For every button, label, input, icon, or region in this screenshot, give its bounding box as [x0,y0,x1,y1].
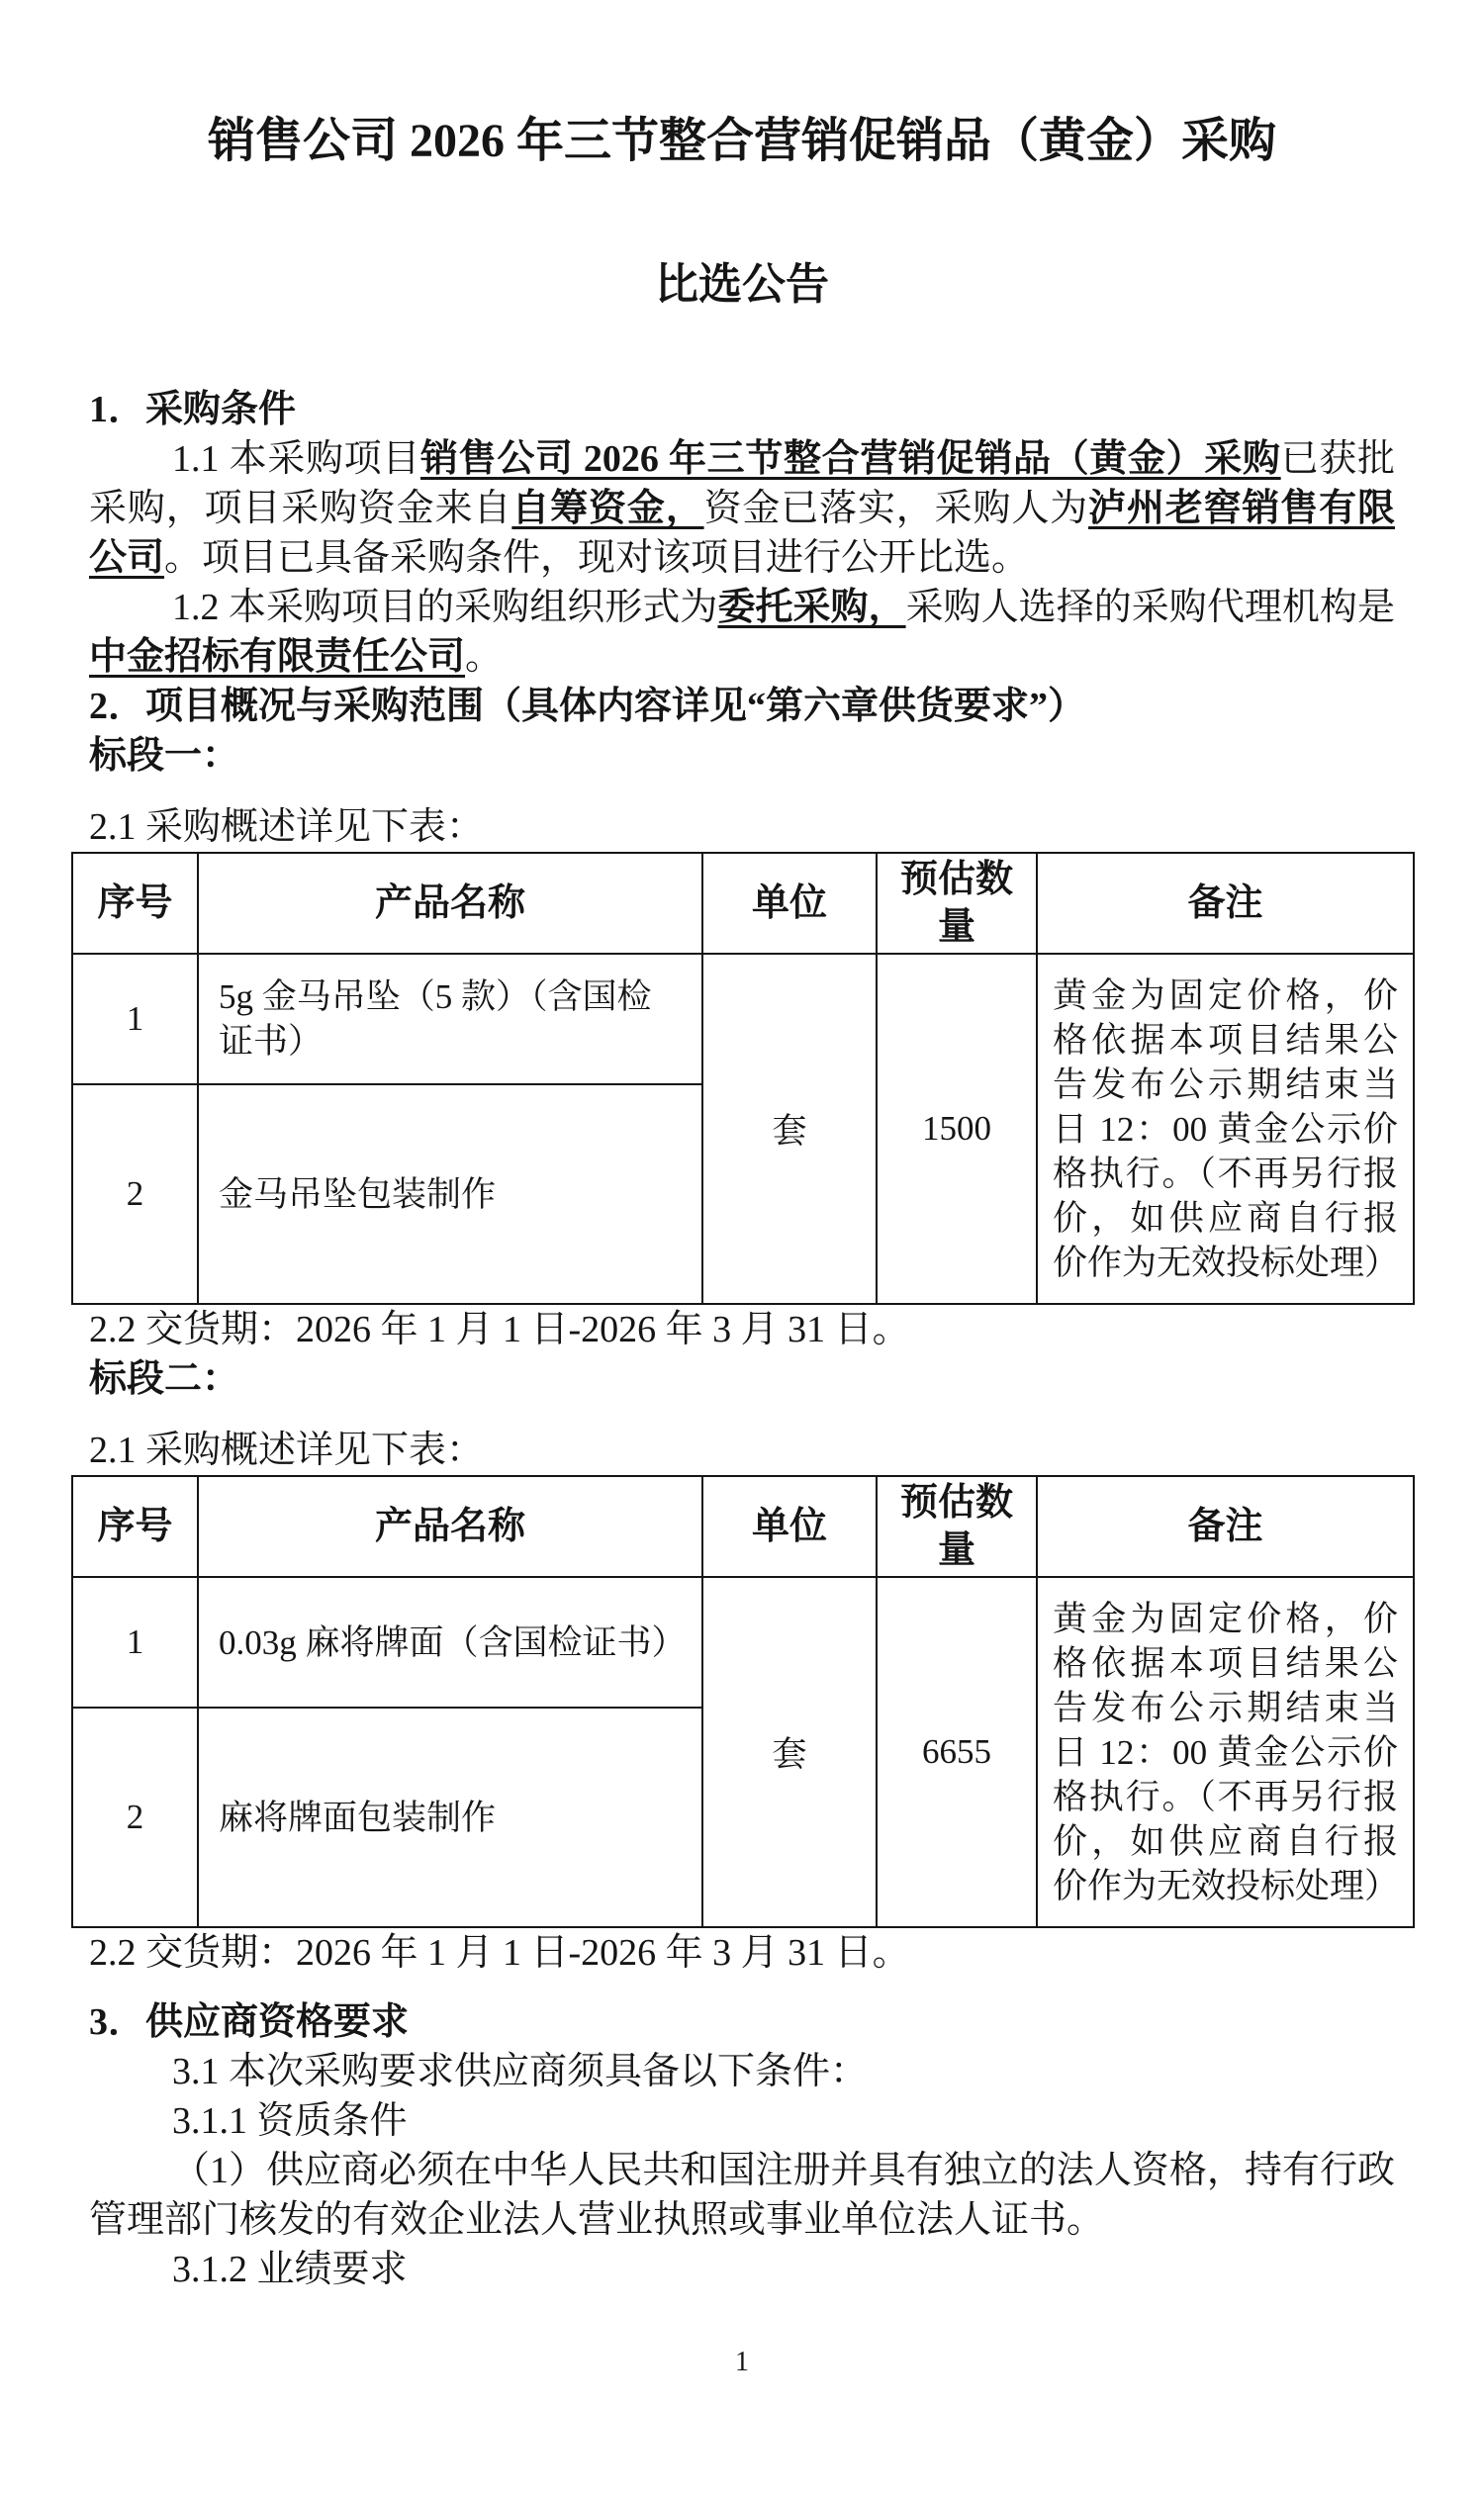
lot2-header-name: 产品名称 [198,1476,702,1577]
lot1-header-remark: 备注 [1037,853,1414,954]
lot1-row1-no: 1 [72,954,198,1084]
lot2-unit: 套 [702,1577,877,1927]
section1-heading: 1．采购条件 [89,385,1395,434]
table-row: 1 0.03g 麻将牌面（含国检证书） 套 6655 黄金为固定价格，价格依据本… [72,1577,1414,1708]
section3-line-3-1-1: 3.1.1 资质条件 [89,2096,1395,2146]
lot2-overview: 2.1 采购概述详见下表： [89,1426,1395,1475]
lot1-table: 序号 产品名称 单位 预估数量 备注 1 5g 金马吊坠（5 款）（含国检证书）… [71,852,1415,1305]
lot2-header-unit: 单位 [702,1476,877,1577]
lot1-remark: 黄金为固定价格，价格依据本项目结果公告发布公示期结束当日 12：00 黄金公示价… [1037,954,1414,1304]
lot1-header-unit: 单位 [702,853,877,954]
lot2-header-qty: 预估数量 [877,1476,1037,1577]
document-content: 销售公司 2026 年三节整合营销促销品（黄金）采购 比选公告 1．采购条件 1… [89,112,1395,2294]
document-subtitle: 比选公告 [89,259,1395,311]
lot1-row2-name: 金马吊坠包装制作 [198,1084,702,1304]
lot2-delivery: 2.2 交货期：2026 年 1 月 1 日-2026 年 3 月 31 日。 [89,1928,1395,1978]
lot2-header-remark: 备注 [1037,1476,1414,1577]
lot1-quantity: 1500 [877,954,1037,1304]
lot1-row2-no: 2 [72,1084,198,1304]
lot2-table: 序号 产品名称 单位 预估数量 备注 1 0.03g 麻将牌面（含国检证书） 套… [71,1475,1415,1928]
lot1-overview: 2.1 采购概述详见下表： [89,802,1395,852]
lot2-header-no: 序号 [72,1476,198,1577]
lot2-remark: 黄金为固定价格，价格依据本项目结果公告发布公示期结束当日 12：00 黄金公示价… [1037,1577,1414,1927]
lot2-row1-name: 0.03g 麻将牌面（含国检证书） [198,1577,702,1708]
document-page: 销售公司 2026 年三节整合营销促销品（黄金）采购 比选公告 1．采购条件 1… [0,0,1484,2499]
section1-para-1-2: 1.2 本采购项目的采购组织形式为委托采购，采购人选择的采购代理机构是中金招标有… [89,583,1395,682]
section3-para-1: （1）供应商必须在中华人民共和国注册并具有独立的法人资格，持有行政管理部门核发的… [89,2146,1395,2245]
lot2-table-header-row: 序号 产品名称 单位 预估数量 备注 [72,1476,1414,1577]
table-row: 1 5g 金马吊坠（5 款）（含国检证书） 套 1500 黄金为固定价格，价格依… [72,954,1414,1084]
section3-heading: 3．供应商资格要求 [89,1997,1395,2047]
lot1-delivery: 2.2 交货期：2026 年 1 月 1 日-2026 年 3 月 31 日。 [89,1305,1395,1354]
page-number: 1 [0,2347,1484,2378]
section1-para-1-1: 1.1 本采购项目销售公司 2026 年三节整合营销促销品（黄金）采购已获批采购… [89,434,1395,583]
section3-line-3-1-2: 3.1.2 业绩要求 [89,2245,1395,2294]
lot1-unit: 套 [702,954,877,1304]
lot2-row2-name: 麻将牌面包装制作 [198,1708,702,1927]
section2-heading: 2．项目概况与采购范围（具体内容详见“第六章供货要求”） [89,682,1395,731]
lot2-quantity: 6655 [877,1577,1037,1927]
document-title: 销售公司 2026 年三节整合营销促销品（黄金）采购 [89,112,1395,171]
lot2-label: 标段二： [89,1354,1395,1404]
lot1-table-header-row: 序号 产品名称 单位 预估数量 备注 [72,853,1414,954]
lot1-header-no: 序号 [72,853,198,954]
lot2-row2-no: 2 [72,1708,198,1927]
section3-line-3-1: 3.1 本次采购要求供应商须具备以下条件： [89,2047,1395,2096]
lot1-label: 标段一： [89,731,1395,781]
lot1-row1-name: 5g 金马吊坠（5 款）（含国检证书） [198,954,702,1084]
lot1-header-name: 产品名称 [198,853,702,954]
lot2-row1-no: 1 [72,1577,198,1708]
lot1-header-qty: 预估数量 [877,853,1037,954]
